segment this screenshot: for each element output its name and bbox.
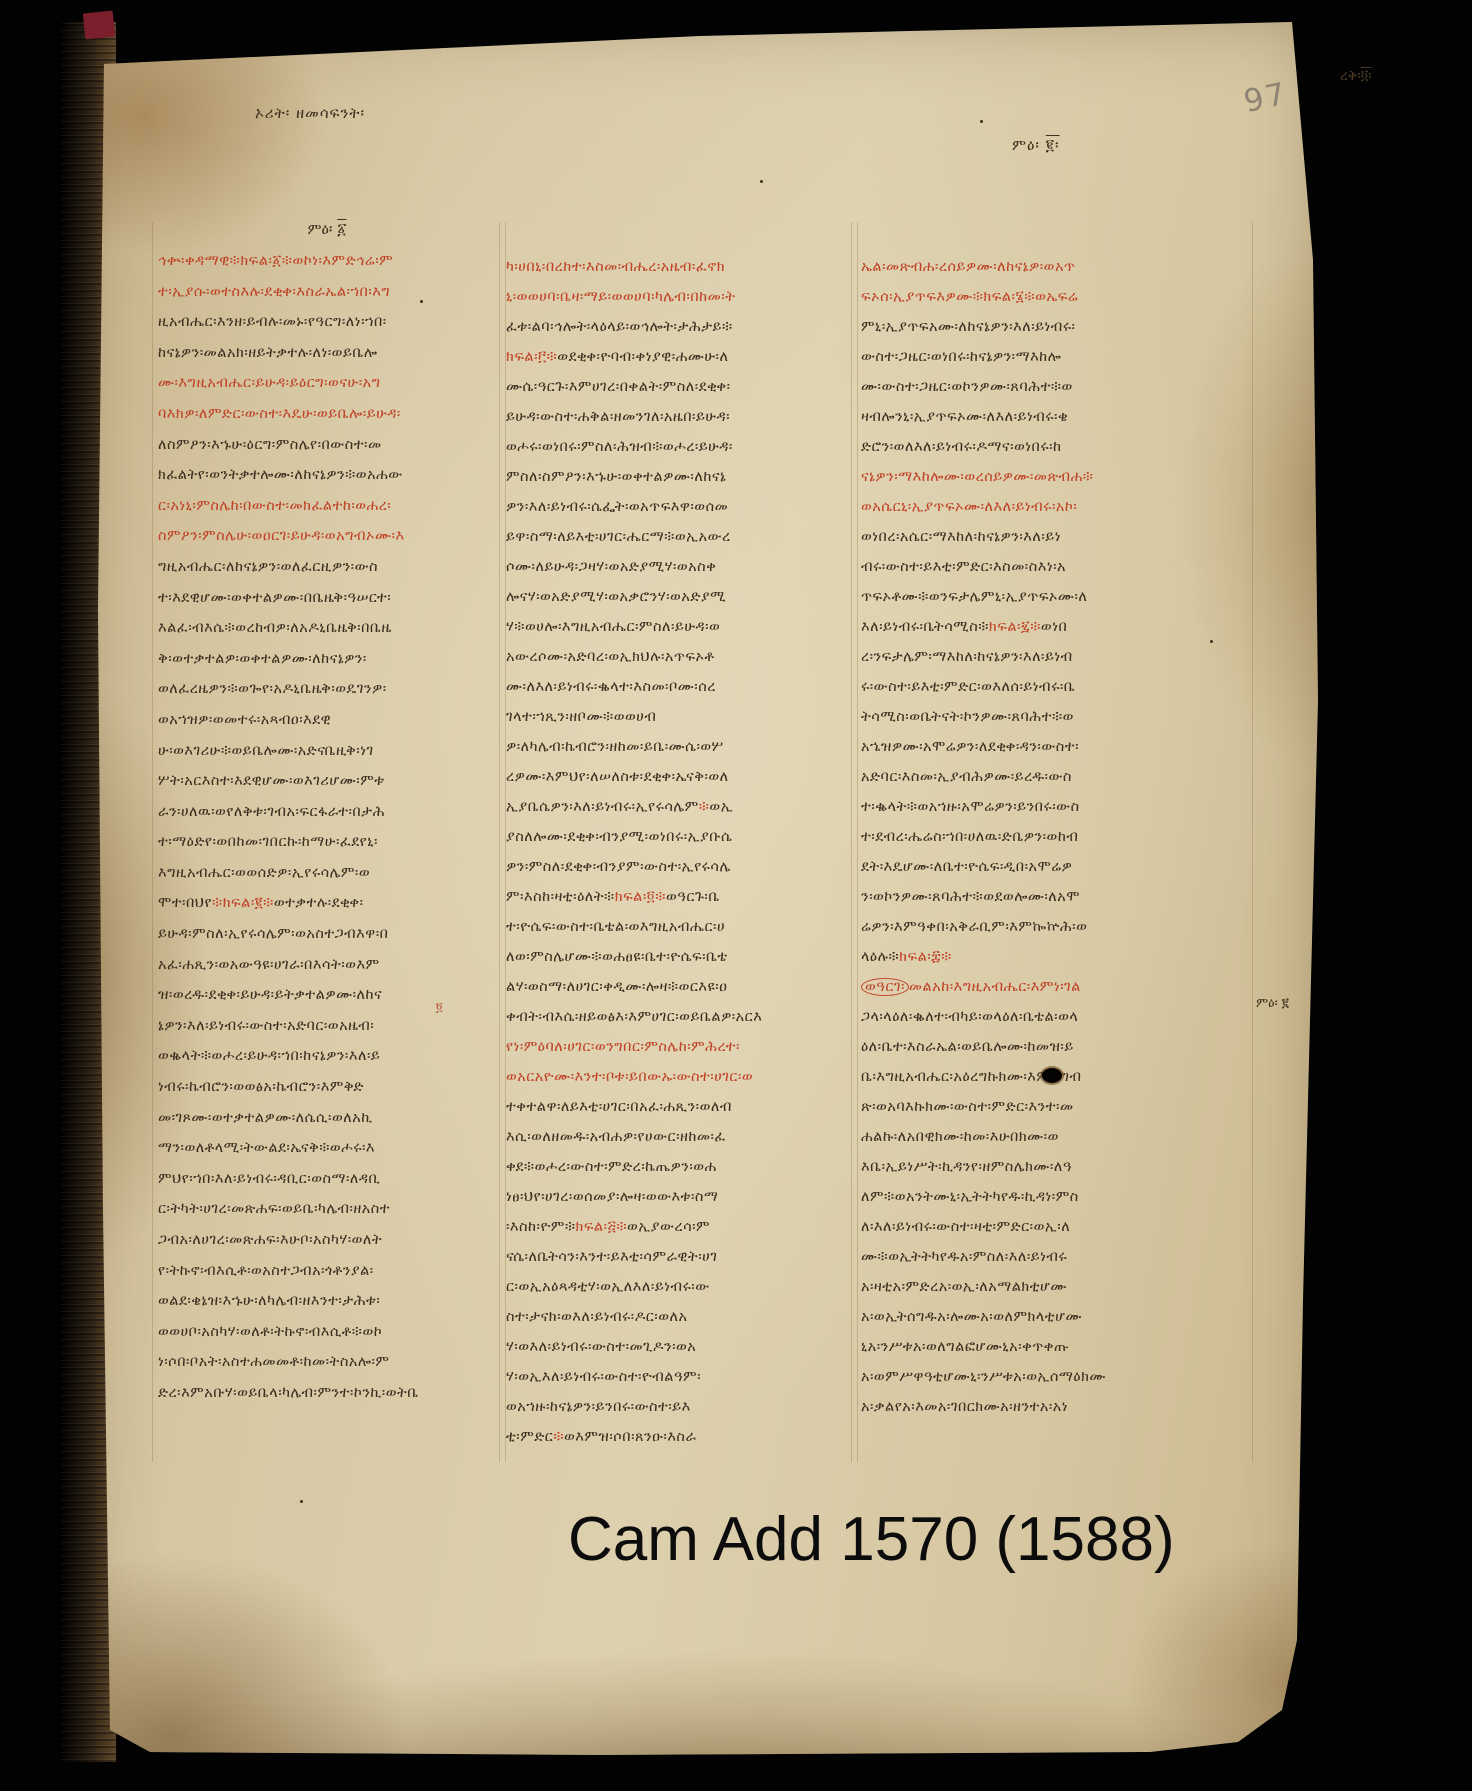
- text-run-black: ከናኔዎን፡መልአክ፡ዘይትቃተሉ፡ለነ፡ወይቤሎ: [158, 345, 378, 361]
- ink-speck: [300, 1500, 303, 1503]
- text-line: ወነበረ፡አሴር፡ማእከለ፡ከናኔዎን፡እለ፡ይነ: [861, 522, 1253, 552]
- text-run-red: ኅቍ፡ቀዳማዊ፨ክፍል፡፩፨ወኮነ፡እምድኅሬ፡ም: [158, 253, 393, 269]
- folio-number-ink: ረቅ፡፬፡: [1340, 68, 1372, 84]
- text-line: የ፡ትኩኖ፡ብእሲቶ፡ወአስተጋብአ፡ጎቶንያል፡: [158, 1256, 496, 1287]
- text-run-red: ባእክዎ፡ለምድር፡ውስተ፡እዴሁ፡ወይቤሎ፡ይሁዳ፡: [158, 406, 401, 422]
- text-run-black: አድባር፡እስመ፡ኢያብሕዎሙ፡ይረዱ፡ውስ: [861, 769, 1072, 785]
- text-run-black: መ፡ገጾሙ፡ወተቃተልዎሙ፡ለሴሲ፡ወለአኪ: [158, 1110, 373, 1126]
- text-run-black: አኄዝዎሙ፡አሞሬዎን፡ለደቂቀ፡ዳን፡ውስተ፡: [861, 739, 1079, 755]
- text-run-black: ጋላ፡ላዕለ፡ቈለተ፡ብካይ፡ወላዕለ፡ቤቴል፡ወላ: [861, 1009, 1078, 1025]
- text-line: ተ፡ዮሴፍ፡ውስተ፡ቤቴል፡ወእግዚአብሔር፡ሀ: [506, 912, 848, 942]
- text-line: ለም፨ወአንትሙኒ፡ኢትትካየዱ፡ኪዳነ፡ምስ: [861, 1182, 1253, 1212]
- text-line: ተ፡ማዕድየ፡ወበከመ፡ገበርኩ፡ከማሁ፡ፈደየኒ፡: [158, 827, 496, 858]
- text-run-red-circled: ወዓርገ፡: [861, 978, 909, 996]
- text-run-black: ረዎሙ፡እምህየ፡ለሠለስቱ፡ደቂቀ፡ኤናቅ፡ወለ: [506, 769, 729, 785]
- text-line: ተ፡እደዊሆሙ፡ወቀተልዎሙ፡በቤዜቅ፡ዓሠርተ፡: [158, 583, 496, 614]
- text-run-black: ወዓርጉ፡ቤ: [666, 889, 720, 905]
- text-run-black: ሙ፡ለእለ፡ይነብሩ፡ቈላተ፡እስመ፡ቦሙ፡ሰረ: [506, 679, 716, 695]
- text-line: ሙሴ፡ዓርጉ፡እምሀገረ፡በቀልት፡ምስለ፡ደቂቀ፡: [506, 372, 848, 402]
- text-line: ይዋ፡ስማ፡ለይእቲ፡ሀገር፡ሔርማ፨ወኢአውረ: [506, 522, 848, 552]
- text-line: ተቀተልዋ፡ለይእቲ፡ሀገር፡በአፈ፡ሐጺን፡ወለብ: [506, 1092, 848, 1122]
- text-run-black: ተቀተልዋ፡ለይእቲ፡ሀገር፡በአፈ፡ሐጺን፡ወለብ: [506, 1099, 732, 1115]
- text-line: ተ፡ቈላት፨ወአኀዙ፡አሞሬዎን፡ይንበሩ፡ውስ: [861, 792, 1253, 822]
- ruling-line: [499, 222, 500, 1462]
- text-line: ድረ፡እምአቡሃ፡ወይቤላ፡ካሌብ፡ምንተ፡ኮንኪ፡ወትቤ: [158, 1378, 496, 1409]
- text-run-black: እቤ፡ኢይነሥት፡ኪዳንየ፡ዘምስሌክሙ፡ለዓ: [861, 1159, 1072, 1175]
- text-line: ዎን፡ምስለ፡ደቂቀ፡ብንያም፡ውስተ፡ኢየሩሳሌ: [506, 852, 848, 882]
- text-line: ትሳሚስ፡ወቤትናት፡ኮንዎሙ፡ጸባሕተ፨ወ: [861, 702, 1253, 732]
- text-run-black: ሞተ፡በህየ: [158, 895, 212, 911]
- text-run-red: ሙ፡እግዚአብሔር፡ይሁዳ፡ይዕርግ፡ወናሁ፡አግ: [158, 375, 381, 391]
- text-line: አ፡ዛቲአ፡ምድረአ፡ወኢ፡ለአማልክቲሆሙ: [861, 1272, 1253, 1302]
- text-line: ረ፡ንፍታሌም፡ማእከለ፡ከናኔዎን፡እለ፡ይነብ: [861, 642, 1253, 672]
- text-run-black: ወነበ: [1041, 619, 1067, 635]
- manuscript-photograph: ኦሪት፡ ዘመሳፍንት፡ ምዕ፡ ፪፡ 97 ረቅ፡፬፡ ምዕ፡ ፩ ኅቍ፡ቀዳ…: [0, 0, 1472, 1791]
- text-line: ፍኦሰ፡ኢያጥፍእዎሙ፨ክፍል፡፮፨ወኤፍሬ: [861, 282, 1253, 312]
- text-run-black: ወአኀዝዎ፡ወመተሩ፡አጻብዐ፡እደዊ: [158, 712, 331, 728]
- text-line: ወአርአዮሙ፡እንተ፡ቦቱ፡ይበውኡ፡ውስተ፡ሀገር፡ወ: [506, 1062, 848, 1092]
- text-line: ራን፡ሀለዉ፡ወየለቅቱ፡ገብአ፡ፍርፋራተ፡በታሕ: [158, 797, 496, 828]
- text-line: ነብሩ፡ኬብሮን፡ወወፅአ፡ኬብሮን፡እምቅድ: [158, 1072, 496, 1103]
- ruling-line: [152, 222, 153, 1462]
- text-line: ር፡ወኢአዕጻዳቲሃ፡ወኢለእለ፡ይነብሩ፡ው: [506, 1272, 848, 1302]
- text-run-red: ፨: [699, 799, 710, 815]
- text-run-red: ካ፡ሀበኒ፡በረከተ፡እስመ፡ብሔረ፡አዜብ፡ፈኖክ: [506, 259, 725, 275]
- text-line: ክፈልትየ፡ወንትቃተሎሙ፡ለከናኔዎን፨ወአሐው: [158, 460, 496, 491]
- text-run-black: ይሁዳ፡ውስተ፡ሐቅል፡ዘመንገለ፡አዜበ፡ይሁዳ፡: [506, 409, 730, 425]
- text-line: ዎ፡ለካሌብ፡ኬብሮን፡ዘከመ፡ይቤ፡ሙሴ፡ወሦ: [506, 732, 848, 762]
- text-run-black: ይሁዳ፡ምስለ፡ኢየሩሳሌም፡ወአስተጋብእዋ፡በ: [158, 926, 388, 942]
- text-line: ናኔዎን፡ማእከሎሙ፡ወረሰይዎሙ፡መጽብሐ፨: [861, 462, 1253, 492]
- text-run-black: ወኢ: [709, 799, 733, 815]
- text-line: አ፡ወኢትሰግዱአ፡ሎሙአ፡ወለምክላቲሆሙ: [861, 1302, 1253, 1332]
- text-run-black: ወለፈረዜዎን፨ወጐየ፡አዶኒቤዜቅ፡ወዴገንዎ፡: [158, 681, 387, 697]
- column1-lines: ኅቍ፡ቀዳማዊ፨ክፍል፡፩፨ወኮነ፡እምድኅሬ፡ምተ፡ኢያሱ፡ወተስእሉ፡ደቂቀ…: [158, 246, 496, 1409]
- text-run-black: ምስለ፡ስምዖን፡እኁሁ፡ወቀተልዎሙ፡ለከናኔ: [506, 469, 726, 485]
- text-run-black: ይዋ፡ስማ፡ለይእቲ፡ሀገር፡ሔርማ፨ወኢአውረ: [506, 529, 731, 545]
- text-line: ረዎሙ፡እምህየ፡ለሠለስቱ፡ደቂቀ፡ኤናቅ፡ወለ: [506, 762, 848, 792]
- text-run-red: ክፍል፡፰፨: [899, 949, 952, 965]
- text-run-black: ዎን፡እለ፡ይነብሩ፡ሴፌት፡ወአጥፍእዋ፡ወሰመ: [506, 499, 728, 515]
- margin-chapter-note: ምዕ፡ ፪: [1256, 996, 1289, 1011]
- text-run-black: ተ፡ደብረ፡ሔሬስ፡ኀበ፡ሀለዉ፡ድቤዎን፡ወከብ: [861, 829, 1078, 845]
- text-line: አድባር፡እስመ፡ኢያብሕዎሙ፡ይረዱ፡ውስ: [861, 762, 1253, 792]
- text-line: ተ፡ኢያሱ፡ወተስእሉ፡ደቂቀ፡እስራኤል፡ኀበ፡እግ: [158, 277, 496, 308]
- text-run-black: ሁ፡ወእገሪሁ፨ወይቤሎሙ፡አድናቤዚቅ፡ነገ: [158, 743, 374, 759]
- text-line: ቲ፡ምድር፨ወእምዝ፡ሶበ፡ጸንዑ፡እስራ: [506, 1422, 848, 1452]
- text-run-black: ኒአ፡ንሥቱአ፡ወለግልፎሆሙኒአ፡ቀጥቀጡ: [861, 1339, 1069, 1355]
- text-line: ለወ፡ምስሌሆሙ፨ወሐፀዩ፡ቤተ፡ዮሴፍ፡ቤቴ: [506, 942, 848, 972]
- text-line: ወአሴርኒ፡ኢያጥፍኦሙ፡ለእለ፡ይነብሩ፡አኮ፡: [861, 492, 1253, 522]
- text-run-black: ሶሙ፡ለይሁዳ፡ጋዛሃ፡ወአድያሚሃ፡ወአስቀ: [506, 559, 716, 575]
- text-line: ለስምዖን፡እኁሁ፡ዕርግ፡ምስሌየ፡በውስተ፡መ: [158, 430, 496, 461]
- text-line: ወአኀዙ፡ከናኔዎን፡ይንበሩ፡ውስተ፡ይእ: [506, 1392, 848, 1422]
- text-run-black: ወነበረ፡አሴር፡ማእከለ፡ከናኔዎን፡እለ፡ይነ: [861, 529, 1061, 545]
- text-run-red: ወኤፍሬ: [1035, 289, 1078, 305]
- text-run-black: ለ፡እለ፡ይነብሩ፡ውስተ፡ዛቲ፡ምድር፡ወኢ፡ለ: [861, 1219, 1070, 1235]
- text-run-black: ቀደ፨ወሖረ፡ውስተ፡ምድረ፡ኬጤዎን፡ወሐ: [506, 1159, 717, 1175]
- text-line: ኅቍ፡ቀዳማዊ፨ክፍል፡፩፨ወኮነ፡እምድኅሬ፡ም: [158, 246, 496, 277]
- text-run-black: እግዚአብሔር፡ወወሰድዎ፡ኢየሩሳሌም፡ወ: [158, 865, 370, 881]
- shelfmark-caption: Cam Add 1570 (1588): [568, 1504, 1175, 1575]
- text-run-black: ለም፨ወአንትሙኒ፡ኢትትካየዱ፡ኪዳነ፡ምስ: [861, 1189, 1079, 1205]
- text-run-red: ክፍል፡፯፨: [989, 619, 1041, 635]
- text-line: ዕለ፡ቤተ፡እስራኤል፡ወይቤሎሙ፡ከመዝ፡ይ: [861, 1032, 1253, 1062]
- text-run-red: ኤል፡መጽብሐ፡ረሰይዎሙ፡ለከናኔዎ፡ወአጥ: [861, 259, 1075, 275]
- text-line: ድሮን፡ወለእለ፡ይነብሩ፡ዶማና፡ወነበሩ፡ከ: [861, 432, 1253, 462]
- folio-ink-label: ረቅ፡: [1340, 68, 1361, 84]
- text-run-black: ብሩ፡ውስተ፡ይእቲ፡ምድር፡እስመ፡ስእነ፡አ: [861, 559, 1066, 575]
- text-run-black: አውረሶሙ፡አድባረ፡ወኢክህሉ፡አጥፍኦቶ: [506, 649, 715, 665]
- text-run-black: ዎን፡ምስለ፡ደቂቀ፡ብንያም፡ውስተ፡ኢየሩሳሌ: [506, 859, 731, 875]
- text-line: ቀብት፡ብእሴ፡ዘይወፅእ፡እምሀገር፡ወይቤልዎ፡አርእ: [506, 1002, 848, 1032]
- text-run-black: ዕለ፡ቤተ፡እስራኤል፡ወይቤሎሙ፡ከመዝ፡ይ: [861, 1039, 1074, 1055]
- text-run-black: ወወሀቦ፡አስካሃ፡ወለቶ፡ትኩኖ፡ብእሲቶ፨ወኮ: [158, 1324, 382, 1340]
- text-line: ኔዎን፡እለ፡ይነብሩ፡ውስተ፡አድባር፡ወአዜብ፡: [158, 1011, 496, 1042]
- text-run-black: ዚአብሔር፡እንዘ፡ይብሉ፡መኑ፡የዓርግ፡ለነ፡ኀበ፡: [158, 314, 387, 330]
- column2-lines: ካ፡ሀበኒ፡በረከተ፡እስመ፡ብሔረ፡አዜብ፡ፈኖክኒ፡ወወሀባ፡ቤዛ፡ማይ፡ወ…: [506, 252, 848, 1452]
- text-line: ም፡እስከ፡ዛቲ፡ዕለት፨ክፍል፡፬፨ወዓርጉ፡ቤ: [506, 882, 848, 912]
- text-run-black: ሙ፡ውስተ፡ጋዜር፡ወኮንዎሙ፡ጸባሕተ፨ወ: [861, 379, 1073, 395]
- text-run-black: ወሖሩ፡ወነበሩ፡ምስለ፡ሕዝብ፨ወሖረ፡ይሁዳ፡: [506, 439, 733, 455]
- text-line: እልፈ፡ብእሴ፨ወረከብዎ፡ለአዶኒቤዜቅ፡በቤዜ: [158, 613, 496, 644]
- text-line: ሙ፡ለእለ፡ይነብሩ፡ቈላተ፡እስመ፡ቦሙ፡ሰረ: [506, 672, 848, 702]
- text-run-black: ፈቱ፡ልባ፡ኅሎት፡ላዕላይ፡ወኅሎት፡ታሕታይ፨: [506, 319, 733, 335]
- text-run-black: ሬዎን፡እምዓቀበ፡አቅራቢም፡እምኰኵሕ፡ወ: [861, 919, 1087, 935]
- text-run-black: ሃ፨ወሀሎ፡እግዚአብሔር፡ምስለ፡ይሁዳ፡ወ: [506, 619, 720, 635]
- text-run-red: ስምዖን፡ምስሌሁ፡ወዐርገ፡ይሁዳ፡ወአግብኦሙ፡እ: [158, 528, 405, 544]
- text-run-black: ሃ፡ወኢእለ፡ይነብሩ፡ውስተ፡ዮብልዓም፡: [506, 1369, 701, 1385]
- text-run-red: ክፍል፡፭፨: [576, 1219, 628, 1235]
- text-line: ለ፡እለ፡ይነብሩ፡ውስተ፡ዛቲ፡ምድር፡ወኢ፡ለ: [861, 1212, 1253, 1242]
- text-line: እለ፡ይነብሩ፡ቤትሳሚስ፨ክፍል፡፯፨ወነበ: [861, 612, 1253, 642]
- text-run-black: ለወ፡ምስሌሆሙ፨ወሐፀዩ፡ቤተ፡ዮሴፍ፡ቤቴ: [506, 949, 728, 965]
- running-title-text: ኦሪት፡ ዘመሳፍንት፡: [255, 104, 365, 122]
- text-line: ውስተ፡ጋዜር፡ወነበሩ፡ከናኔዎን፡ማእከሎ: [861, 342, 1253, 372]
- text-run-red: ወአርአዮሙ፡እንተ፡ቦቱ፡ይበውኡ፡ውስተ፡ሀገር፡ወ: [506, 1069, 753, 1085]
- text-line: ቀደ፨ወሖረ፡ውስተ፡ምድረ፡ኬጤዎን፡ወሐ: [506, 1152, 848, 1182]
- text-line: ሙ፨ወኢትትካየዱአ፡ምስለ፡እለ፡ይነብሩ: [861, 1242, 1253, 1272]
- chapter-label: ምዕ፡: [1012, 136, 1046, 154]
- text-column-1: ምዕ፡ ፩ ኅቍ፡ቀዳማዊ፨ክፍል፡፩፨ወኮነ፡እምድኅሬ፡ምተ፡ኢያሱ፡ወተስ…: [158, 220, 496, 1409]
- text-run-black: ያስለሎሙ፡ደቂቀ፡ብንያሚ፡ወነበሩ፡ኢያቡሴ: [506, 829, 732, 845]
- text-run-black: ነፀ፡ህየ፡ሀገረ፡ወሰመያ፡ሎዛ፡ወውእቱ፡ስማ: [506, 1189, 718, 1205]
- text-line: ር፡አነኒ፡ምስሌከ፡በውስተ፡መክፈልተከ፡ወሐረ፡: [158, 491, 496, 522]
- text-run-black: ድረ፡እምአቡሃ፡ወይቤላ፡ካሌብ፡ምንተ፡ኮንኪ፡ወትቤ: [158, 1385, 419, 1401]
- text-line: ሃ፡ወእለ፡ይነብሩ፡ውስተ፡መጊዶን፡ወአ: [506, 1332, 848, 1362]
- text-line: ሩ፡ውስተ፡ይእቲ፡ምድር፡ወእለሰ፡ይነብሩ፡ቤ: [861, 672, 1253, 702]
- text-line: ኤል፡መጽብሐ፡ረሰይዎሙ፡ለከናኔዎ፡ወአጥ: [861, 252, 1253, 282]
- text-run-black: ስተ፡ታናክ፡ወእለ፡ይነብሩ፡ዶር፡ወለአ: [506, 1309, 688, 1325]
- text-line: ስተ፡ታናክ፡ወእለ፡ይነብሩ፡ዶር፡ወለአ: [506, 1302, 848, 1332]
- text-line: ፡እስከ፡ዮም፨ክፍል፡፭፨ወኢያውረሳ፡ም: [506, 1212, 848, 1242]
- text-line: ክፍል፡፫፨ወደቂቀ፡ዮባብ፡ቀነያዊ፡ሐሙሁ፡ለ: [506, 342, 848, 372]
- folio-ink-number: ፬፡: [1361, 68, 1372, 84]
- text-run-black: ተ፡ቈላት፨ወአኀዙ፡አሞሬዎን፡ይንበሩ፡ውስ: [861, 799, 1080, 815]
- text-run-black: ወተቃተሉ፡ደቂቀ፡: [274, 895, 364, 911]
- text-line: ይሁዳ፡ምስለ፡ኢየሩሳሌም፡ወአስተጋብእዋ፡በ: [158, 919, 496, 950]
- text-run-red: ተ፡ኢያሱ፡ወተስእሉ፡ደቂቀ፡እስራኤል፡ኀበ፡እግ: [158, 284, 390, 300]
- text-run-black: ሃ፡ወእለ፡ይነብሩ፡ውስተ፡መጊዶን፡ወአ: [506, 1339, 696, 1355]
- text-run-black: ፡እስከ፡ዮም፨: [506, 1219, 576, 1235]
- text-run-black: ትሳሚስ፡ወቤትናት፡ኮንዎሙ፡ጸባሕተ፨ወ: [861, 709, 1074, 725]
- text-run-black: ማን፡ወለቶላሚ፡ትውልደ፡ኤናቅ፨ወሖሩ፡እ: [158, 1140, 375, 1156]
- text-run-black: ክፈልትየ፡ወንትቃተሎሙ፡ለከናኔዎን፨ወአሐው: [158, 467, 403, 483]
- text-run-red: ፨ክፍል፡፪፨: [212, 895, 274, 911]
- text-line: ምህየ፡ኀበ፡እለ፡ይነብሩ፡ዳቢር፡ወስማ፡ለዳቢ: [158, 1164, 496, 1195]
- text-line: ሁ፡ወእገሪሁ፨ወይቤሎሙ፡አድናቤዚቅ፡ነገ: [158, 736, 496, 767]
- text-line: የነ፡ምዕባለ፡ሀገር፡ወንግበር፡ምስሌከ፡ምሕረተ፡: [506, 1032, 848, 1062]
- text-run-black: ላዕሉ፨: [861, 949, 899, 965]
- text-run-black: ጥፍኦቶሙ፨ወንፍታሌምኒ፡ኢያጥፍኦሙ፡ለ: [861, 589, 1087, 605]
- text-line: ልሃ፡ወስማ፡ለሀገር፡ቀዲሙ፡ሎዛ፨ወርእዩ፡ዐ: [506, 972, 848, 1002]
- text-line: ሶሙ፡ለይሁዳ፡ጋዛሃ፡ወአድያሚሃ፡ወአስቀ: [506, 552, 848, 582]
- text-run-black: ቲ፡ምድር: [506, 1429, 553, 1445]
- text-line: ወአኀዝዎ፡ወመተሩ፡አጻብዐ፡እደዊ: [158, 705, 496, 736]
- text-line: ነ፡ሶበ፡ቦአት፡አስተሐመመቶ፡ከመ፡ትስአሎ፡ም: [158, 1347, 496, 1378]
- text-run-red: ክፍል፡፫፨: [506, 349, 557, 365]
- text-run-black: ኔዎን፡እለ፡ይነብሩ፡ውስተ፡አድባር፡ወአዜብ፡: [158, 1018, 374, 1034]
- text-run-black: የ፡ትኩኖ፡ብእሲቶ፡ወአስተጋብአ፡ጎቶንያል፡: [158, 1263, 374, 1279]
- text-line: ግዚአብሔር፡ለከናኔዎን፡ወለፈርዚዎን፡ውስ: [158, 552, 496, 583]
- ink-speck: [420, 300, 423, 303]
- text-line: እቤ፡ኢይነሥት፡ኪዳንየ፡ዘምስሌክሙ፡ለዓ: [861, 1152, 1253, 1182]
- text-line: ስምዖን፡ምስሌሁ፡ወዐርገ፡ይሁዳ፡ወአግብኦሙ፡እ: [158, 521, 496, 552]
- text-column-3: ኤል፡መጽብሐ፡ረሰይዎሙ፡ለከናኔዎ፡ወአጥፍኦሰ፡ኢያጥፍእዎሙ፨ክፍል፡፮…: [861, 252, 1253, 1422]
- text-line: ን፡ወኮንዎሙ፡ጸባሕተ፨ወደወሎሙ፡ለአሞ: [861, 882, 1253, 912]
- text-line: ሐልኩ፡ለአበዊክሙ፡ከመ፡እሁበክሙ፡ወ: [861, 1122, 1253, 1152]
- text-run-black: ሦት፡አርእስተ፡እደዊሆሙ፡ወእገሪሆሙ፡ምቱ: [158, 773, 385, 789]
- text-run-black: ውስተ፡ጋዜር፡ወነበሩ፡ከናኔዎን፡ማእከሎ: [861, 349, 1061, 365]
- text-run-black: ሙ፨ወኢትትካየዱአ፡ምስለ፡እለ፡ይነብሩ: [861, 1249, 1067, 1265]
- text-line: ኒ፡ወወሀባ፡ቤዛ፡ማይ፡ወወሀባ፡ካሌብ፡በከመ፡ት: [506, 282, 848, 312]
- text-line: ብሩ፡ውስተ፡ይእቲ፡ምድር፡እስመ፡ስእነ፡አ: [861, 552, 1253, 582]
- text-run-black: ረ፡ንፍታሌም፡ማእከለ፡ከናኔዎን፡እለ፡ይነብ: [861, 649, 1073, 665]
- text-line: ዛብሎንኒ፡ኢያጥፍኦሙ፡ለእለ፡ይነብሩ፡ቄ: [861, 402, 1253, 432]
- text-line: ወቈላት፨ወሖረ፡ይሁዳ፡ኀበ፡ከናኔዎን፡እለ፡ይ: [158, 1041, 496, 1072]
- text-run-black: ኢያቤሴዎን፡እለ፡ይነብሩ፡ኢየሩሳሌም: [506, 799, 699, 815]
- text-run-black: አፈ፡ሐጺን፡ወአውዓዩ፡ሀገራ፡በእሳት፡ወእም: [158, 957, 380, 973]
- text-line: ሙ፡ውስተ፡ጋዜር፡ወኮንዎሙ፡ጸባሕተ፨ወ: [861, 372, 1253, 402]
- text-line: ደት፡እዴሆሙ፡ለቤተ፡ዮሴፍ፡ዲበ፡አሞሬዎ: [861, 852, 1253, 882]
- text-run-black: ምኒ፡ኢያጥፍአሙ፡ለከናኔዎን፡እለ፡ይነብሩ፡: [861, 319, 1075, 335]
- text-line: ያስለሎሙ፡ደቂቀ፡ብንያሚ፡ወነበሩ፡ኢያቡሴ: [506, 822, 848, 852]
- text-line: አኄዝዎሙ፡አሞሬዎን፡ለደቂቀ፡ዳን፡ውስተ፡: [861, 732, 1253, 762]
- text-line: እሲ፡ወለዘመዱ፡አብሐዎ፡የሀውር፡ዘከመ፡ፈ: [506, 1122, 848, 1152]
- text-line: ባእክዎ፡ለምድር፡ውስተ፡እዴሁ፡ወይቤሎ፡ይሁዳ፡: [158, 399, 496, 430]
- text-line: ጋላ፡ላዕለ፡ቈለተ፡ብካይ፡ወላዕለ፡ቤቴል፡ወላ: [861, 1002, 1253, 1032]
- text-run-black: ወቈላት፨ወሖረ፡ይሁዳ፡ኀበ፡ከናኔዎን፡እለ፡ይ: [158, 1048, 380, 1064]
- parchment-hole: [1042, 1068, 1062, 1083]
- chapter-number: ፪፡: [1046, 136, 1060, 154]
- text-run-black: ቅ፡ወተቃተልዎ፡ወቀተልዎሙ፡ለከናኔዎን፡: [158, 651, 367, 667]
- text-run-black: ወልደ፡ቄኔዝ፡እኁሁ፡ለካሌብ፡ዘእንተ፡ታሕቱ፡: [158, 1293, 380, 1309]
- text-line: ወለፈረዜዎን፨ወጐየ፡አዶኒቤዜቅ፡ወዴገንዎ፡: [158, 674, 496, 705]
- text-run-red: መልአከ፡እግዚአብሔር፡እምነ፡ገል: [909, 979, 1081, 995]
- text-run-black: አ፡ወኢትሰግዱአ፡ሎሙአ፡ወለምክላቲሆሙ: [861, 1309, 1082, 1325]
- text-run-black: ም፡እስከ፡ዛቲ፡ዕለት፨: [506, 889, 615, 905]
- text-run-black: ሙሴ፡ዓርጉ፡እምሀገረ፡በቀልት፡ምስለ፡ደቂቀ፡: [506, 379, 731, 395]
- text-run-black: ቀብት፡ብእሴ፡ዘይወፅእ፡እምሀገር፡ወይቤልዎ፡አርእ: [506, 1009, 762, 1025]
- text-run-black: ር፡ወኢአዕጻዳቲሃ፡ወኢለእለ፡ይነብሩ፡ው: [506, 1279, 710, 1295]
- text-run-red: ር፡አነኒ፡ምስሌከ፡በውስተ፡መክፈልተከ፡ወሐረ፡: [158, 498, 391, 514]
- text-run-black: ዎ፡ለካሌብ፡ኬብሮን፡ዘከመ፡ይቤ፡ሙሴ፡ወሦ: [506, 739, 724, 755]
- ink-speck: [1210, 640, 1213, 643]
- text-run-black: ወኢያውረሳ፡ም: [627, 1219, 710, 1235]
- text-run-black: ምህየ፡ኀበ፡እለ፡ይነብሩ፡ዳቢር፡ወስማ፡ለዳቢ: [158, 1171, 380, 1187]
- text-run-black: ተ፡ማዕድየ፡ወበከመ፡ገበርኩ፡ከማሁ፡ፈደየኒ፡: [158, 834, 378, 850]
- text-run-black: እሲ፡ወለዘመዱ፡አብሐዎ፡የሀውር፡ዘከመ፡ፈ: [506, 1129, 726, 1145]
- text-run-black: ለስምዖን፡እኁሁ፡ዕርግ፡ምስሌየ፡በውስተ፡መ: [158, 437, 382, 453]
- text-run-black: እለ፡ይነብሩ፡ቤትሳሚስ፨: [861, 619, 989, 635]
- text-run-black: ዝ፡ወረዱ፡ደቂቀ፡ይሁዳ፡ይትቃተልዎሙ፡ለከና: [158, 987, 382, 1003]
- text-run-black: ግዚአብሔር፡ለከናኔዎን፡ወለፈርዚዎን፡ውስ: [158, 559, 378, 575]
- text-run-black: ወደቂቀ፡ዮባብ፡ቀነያዊ፡ሐሙሁ፡ለ: [557, 349, 728, 365]
- text-line: ኢያቤሴዎን፡እለ፡ይነብሩ፡ኢየሩሳሌም፨ወኢ: [506, 792, 848, 822]
- text-line: ሦት፡አርእስተ፡እደዊሆሙ፡ወእገሪሆሙ፡ምቱ: [158, 766, 496, 797]
- text-run-black: አ፡ዛቲአ፡ምድረአ፡ወኢ፡ለአማልክቲሆሙ: [861, 1279, 1067, 1295]
- text-line: ዚአብሔር፡እንዘ፡ይብሉ፡መኑ፡የዓርግ፡ለነ፡ኀበ፡: [158, 307, 496, 338]
- text-run-black: ወአኀዙ፡ከናኔዎን፡ይንበሩ፡ውስተ፡ይእ: [506, 1399, 691, 1415]
- text-line: ወሖሩ፡ወነበሩ፡ምስለ፡ሕዝብ፨ወሖረ፡ይሁዳ፡: [506, 432, 848, 462]
- text-run-black: አ፡ቃልየአ፡እመአ፡ገበርክሙአ፡ዘንተአ፡አነ: [861, 1399, 1068, 1415]
- text-run-red: ፨: [553, 1429, 564, 1445]
- chapter-number: ፩: [337, 220, 346, 238]
- text-run-black: ወእምዝ፡ሶበ፡ጸንዑ፡እስራ: [564, 1429, 696, 1445]
- text-run-red: ናኔዎን፡ማእከሎሙ፡ወረሰይዎሙ፡መጽብሐ፨: [861, 469, 1093, 485]
- text-line: ማን፡ወለቶላሚ፡ትውልደ፡ኤናቅ፨ወሖሩ፡እ: [158, 1133, 496, 1164]
- text-run-red: ወአሴርኒ፡ኢያጥፍኦሙ፡ለእለ፡ይነብሩ፡አኮ፡: [861, 499, 1077, 515]
- text-line: ኒአ፡ንሥቱአ፡ወለግልፎሆሙኒአ፡ቀጥቀጡ: [861, 1332, 1253, 1362]
- text-line: አፈ፡ሐጺን፡ወአውዓዩ፡ሀገራ፡በእሳት፡ወእም: [158, 950, 496, 981]
- text-run-black: አ፡ወምሥዋዓቲሆሙኒ፡ንሥቱአ፡ወኢሰማዕክሙ: [861, 1369, 1106, 1385]
- text-run-black: ዛብሎንኒ፡ኢያጥፍኦሙ፡ለእለ፡ይነብሩ፡ቄ: [861, 409, 1068, 425]
- text-line: ሬዎን፡እምዓቀበ፡አቅራቢም፡እምኰኵሕ፡ወ: [861, 912, 1253, 942]
- ink-speck: [980, 120, 983, 123]
- text-line: ተ፡ደብረ፡ሔሬስ፡ኀበ፡ሀለዉ፡ድቤዎን፡ወከብ: [861, 822, 1253, 852]
- text-line: አ፡ወምሥዋዓቲሆሙኒ፡ንሥቱአ፡ወኢሰማዕክሙ: [861, 1362, 1253, 1392]
- text-line: ይሁዳ፡ውስተ፡ሐቅል፡ዘመንገለ፡አዜበ፡ይሁዳ፡: [506, 402, 848, 432]
- text-run-red: ኒ፡ወወሀባ፡ቤዛ፡ማይ፡ወወሀባ፡ካሌብ፡በከመ፡ት: [506, 289, 735, 305]
- text-run-red: ክፍል፡፬፨: [615, 889, 666, 905]
- text-run-black: ሎናሃ፡ወአድያሚሃ፡ወአቃሮንሃ፡ወአድያሚ: [506, 589, 726, 605]
- text-run-black: ሩ፡ውስተ፡ይእቲ፡ምድር፡ወእለሰ፡ይነብሩ፡ቤ: [861, 679, 1075, 695]
- text-run-black: ሐልኩ፡ለአበዊክሙ፡ከመ፡እሁበክሙ፡ወ: [861, 1129, 1059, 1145]
- text-line: ነፀ፡ህየ፡ሀገረ፡ወሰመያ፡ሎዛ፡ወውእቱ፡ስማ: [506, 1182, 848, 1212]
- text-line: ጥፍኦቶሙ፨ወንፍታሌምኒ፡ኢያጥፍኦሙ፡ለ: [861, 582, 1253, 612]
- text-line: ካ፡ሀበኒ፡በረከተ፡እስመ፡ብሔረ፡አዜብ፡ፈኖክ: [506, 252, 848, 282]
- text-line: ምስለ፡ስምዖን፡እኁሁ፡ወቀተልዎሙ፡ለከናኔ: [506, 462, 848, 492]
- text-line: ር፡ትካት፡ሀገረ፡መጽሐፍ፡ወይቤ፡ካሌብ፡ዘአስተ: [158, 1194, 496, 1225]
- text-line: ዝ፡ወረዱ፡ደቂቀ፡ይሁዳ፡ይትቃተልዎሙ፡ለከና: [158, 980, 496, 1011]
- text-line: ዎን፡እለ፡ይነብሩ፡ሴፌት፡ወአጥፍእዋ፡ወሰመ: [506, 492, 848, 522]
- text-line: አ፡ቃልየአ፡እመአ፡ገበርክሙአ፡ዘንተአ፡አነ: [861, 1392, 1253, 1422]
- text-run-black: ድሮን፡ወለእለ፡ይነብሩ፡ዶማና፡ወነበሩ፡ከ: [861, 439, 1062, 455]
- text-line: ሙ፡እግዚአብሔር፡ይሁዳ፡ይዕርግ፡ወናሁ፡አግ: [158, 368, 496, 399]
- text-line: ወልደ፡ቄኔዝ፡እኁሁ፡ለካሌብ፡ዘእንተ፡ታሕቱ፡: [158, 1286, 496, 1317]
- ruling-line: [857, 222, 858, 1462]
- text-line: መ፡ገጾሙ፡ወተቃተልዎሙ፡ለሴሲ፡ወለአኪ: [158, 1103, 496, 1134]
- column3-lines: ኤል፡መጽብሐ፡ረሰይዎሙ፡ለከናኔዎ፡ወአጥፍኦሰ፡ኢያጥፍእዎሙ፨ክፍል፡፮…: [861, 252, 1253, 1422]
- text-line: ቅ፡ወተቃተልዎ፡ወቀተልዎሙ፡ለከናኔዎን፡: [158, 644, 496, 675]
- text-line: እግዚአብሔር፡ወወሰድዎ፡ኢየሩሳሌም፡ወ: [158, 858, 496, 889]
- chapter-label: ምዕ፡: [308, 220, 338, 238]
- text-line: ሞተ፡በህየ፨ክፍል፡፪፨ወተቃተሉ፡ደቂቀ፡: [158, 888, 496, 919]
- binding-ribbon: [83, 11, 116, 40]
- text-line: ሃ፨ወሀሎ፡እግዚአብሔር፡ምስለ፡ይሁዳ፡ወ: [506, 612, 848, 642]
- text-line: አውረሶሙ፡አድባረ፡ወኢክህሉ፡አጥፍኦቶ: [506, 642, 848, 672]
- text-run-black: ተ፡ዮሴፍ፡ውስተ፡ቤቴል፡ወእግዚአብሔር፡ሀ: [506, 919, 725, 935]
- text-run-red: ክፍል፡፮፨: [983, 289, 1035, 305]
- text-line: ከናኔዎን፡መልአክ፡ዘይትቃተሉ፡ለነ፡ወይቤሎ: [158, 338, 496, 369]
- ruling-line: [851, 222, 852, 1462]
- text-run-red: የነ፡ምዕባለ፡ሀገር፡ወንግበር፡ምስሌከ፡ምሕረተ፡: [506, 1039, 740, 1055]
- text-run-black: ጽ፡ወአባእኩክሙ፡ውስተ፡ምድር፡እንተ፡መ: [861, 1099, 1074, 1115]
- margin-mark: ፬: [436, 1000, 443, 1015]
- text-line: ጋብአ፡ለሀገረ፡መጽሐፍ፡እሁቦ፡አስካሃ፡ወለት: [158, 1225, 496, 1256]
- text-line: ገላተ፡ኀጺን፡ዘቦሙ፨ወወሀብ: [506, 702, 848, 732]
- text-run-black: እልፈ፡ብእሴ፨ወረከብዎ፡ለአዶኒቤዜቅ፡በቤዜ: [158, 620, 392, 636]
- text-line: ላዕሉ፨ክፍል፡፰፨: [861, 942, 1253, 972]
- text-line: ወወሀቦ፡አስካሃ፡ወለቶ፡ትኩኖ፡ብእሲቶ፨ወኮ: [158, 1317, 496, 1348]
- text-run-black: ገላተ፡ኀጺን፡ዘቦሙ፨ወወሀብ: [506, 709, 656, 725]
- text-line: ናሴ፡ለቤትሳን፡እንተ፡ይእቲ፡ሳምራዊት፡ሀገ: [506, 1242, 848, 1272]
- text-line: ምኒ፡ኢያጥፍአሙ፡ለከናኔዎን፡እለ፡ይነብሩ፡: [861, 312, 1253, 342]
- text-run-black: ልሃ፡ወስማ፡ለሀገር፡ቀዲሙ፡ሎዛ፨ወርእዩ፡ዐ: [506, 979, 727, 995]
- text-run-black: ጋብአ፡ለሀገረ፡መጽሐፍ፡እሁቦ፡አስካሃ፡ወለት: [158, 1232, 382, 1248]
- text-line: ጽ፡ወአባእኩክሙ፡ውስተ፡ምድር፡እንተ፡መ: [861, 1092, 1253, 1122]
- running-title-left: ኦሪት፡ ዘመሳፍንት፡: [255, 104, 365, 122]
- text-run-black: ራን፡ሀለዉ፡ወየለቅቱ፡ገብአ፡ፍርፋራተ፡በታሕ: [158, 804, 385, 820]
- chapter-mark-top: ምዕ፡ ፪፡: [1012, 136, 1060, 154]
- text-run-black: ናሴ፡ለቤትሳን፡እንተ፡ይእቲ፡ሳምራዊት፡ሀገ: [506, 1249, 717, 1265]
- text-run-black: ተ፡እደዊሆሙ፡ወቀተልዎሙ፡በቤዜቅ፡ዓሠርተ፡: [158, 590, 391, 606]
- text-column-2: ካ፡ሀበኒ፡በረከተ፡እስመ፡ብሔረ፡አዜብ፡ፈኖክኒ፡ወወሀባ፡ቤዛ፡ማይ፡ወ…: [506, 252, 848, 1452]
- text-line: ሃ፡ወኢእለ፡ይነብሩ፡ውስተ፡ዮብልዓም፡: [506, 1362, 848, 1392]
- text-line: ሎናሃ፡ወአድያሚሃ፡ወአቃሮንሃ፡ወአድያሚ: [506, 582, 848, 612]
- text-run-black: ር፡ትካት፡ሀገረ፡መጽሐፍ፡ወይቤ፡ካሌብ፡ዘአስተ: [158, 1201, 390, 1217]
- text-run-black: ን፡ወኮንዎሙ፡ጸባሕተ፨ወደወሎሙ፡ለአሞ: [861, 889, 1080, 905]
- text-run-black: ደት፡እዴሆሙ፡ለቤተ፡ዮሴፍ፡ዲበ፡አሞሬዎ: [861, 859, 1072, 875]
- column1-chapter-heading: ምዕ፡ ፩: [158, 220, 496, 238]
- ink-speck: [760, 180, 763, 183]
- text-line: ወዓርገ፡መልአከ፡እግዚአብሔር፡እምነ፡ገል: [861, 972, 1253, 1002]
- text-run-red: ፍኦሰ፡ኢያጥፍእዎሙ፨: [861, 289, 983, 305]
- text-line: ፈቱ፡ልባ፡ኅሎት፡ላዕላይ፡ወኅሎት፡ታሕታይ፨: [506, 312, 848, 342]
- text-run-black: ነ፡ሶበ፡ቦአት፡አስተሐመመቶ፡ከመ፡ትስአሎ፡ም: [158, 1354, 389, 1370]
- text-run-black: ነብሩ፡ኬብሮን፡ወወፅአ፡ኬብሮን፡እምቅድ: [158, 1079, 364, 1095]
